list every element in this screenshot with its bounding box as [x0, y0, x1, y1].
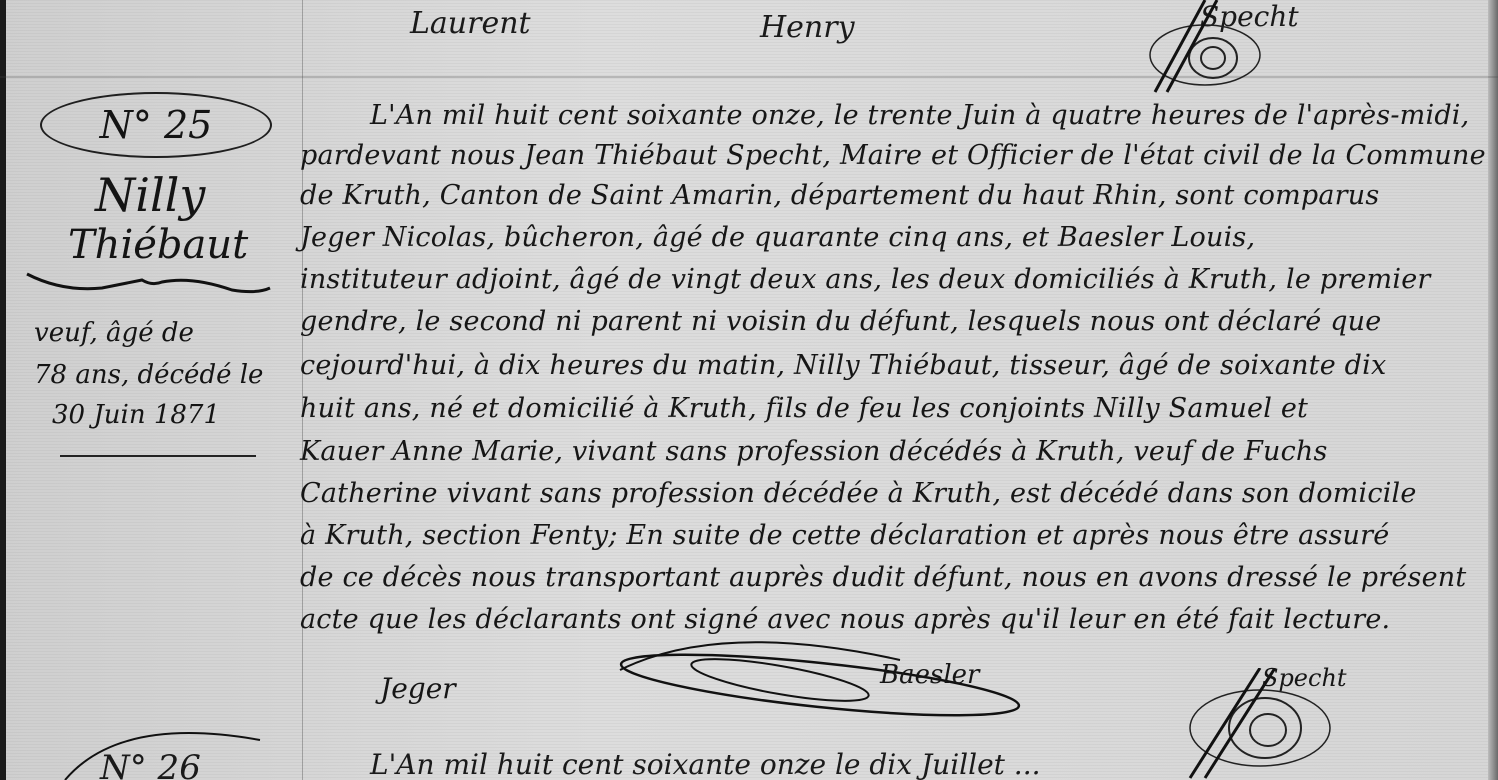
body-line-5: instituteur adjoint, âgé de vingt deux a… [300, 264, 1490, 295]
body-line-8: huit ans, né et domicilié à Kruth, fils … [300, 393, 1490, 424]
scanned-register-page: Laurent Henry Specht N° 25 Nilly Thiébau… [0, 0, 1498, 780]
body-line-2: pardevant nous Jean Thiébaut Specht, Mai… [300, 140, 1490, 171]
signature-baesler-flourish-icon [600, 630, 1120, 730]
body-line-11: à Kruth, section Fenty; En suite de cett… [300, 520, 1490, 551]
name-flourish-icon [22, 272, 272, 296]
body-line-12: de ce décès nous transportant auprès dud… [300, 562, 1490, 593]
next-record-opening-text: L'An mil huit cent soixante onze le dix … [370, 748, 1041, 780]
signature-flourish-icon [1095, 0, 1275, 95]
signature-jeger: Jeger [380, 672, 456, 705]
signature-previous-1: Laurent [410, 6, 531, 41]
signature-baesler: Baesler [880, 660, 979, 690]
body-line-4: Jeger Nicolas, bûcheron, âgé de quarante… [300, 222, 1490, 253]
margin-note-line-3: 30 Juin 1871 [52, 400, 220, 430]
deceased-given-name: Thiébaut [68, 222, 248, 268]
record-number: N° 25 [100, 103, 213, 147]
next-record-number: N° 26 [100, 748, 201, 780]
signature-previous-2: Henry [760, 10, 855, 45]
body-line-10: Catherine vivant sans profession décédée… [300, 478, 1490, 509]
margin-note-line-2: 78 ans, décédé le [34, 360, 263, 390]
margin-rule-line [302, 0, 303, 780]
body-line-6: gendre, le second ni parent ni voisin du… [300, 306, 1490, 337]
margin-underline [60, 455, 256, 457]
deceased-surname: Nilly [95, 168, 205, 222]
margin-note-line-1: veuf, âgé de [34, 318, 194, 348]
scan-left-border [0, 0, 6, 780]
signature-specht: Specht [1262, 664, 1347, 692]
body-line-7: cejourd'hui, à dix heures du matin, Nill… [300, 350, 1490, 381]
body-line-3: de Kruth, Canton de Saint Amarin, départ… [300, 180, 1490, 211]
body-line-1: L'An mil huit cent soixante onze, le tre… [370, 100, 1498, 131]
record-number-badge: N° 25 [40, 92, 272, 158]
body-line-9: Kauer Anne Marie, vivant sans profession… [300, 436, 1490, 467]
